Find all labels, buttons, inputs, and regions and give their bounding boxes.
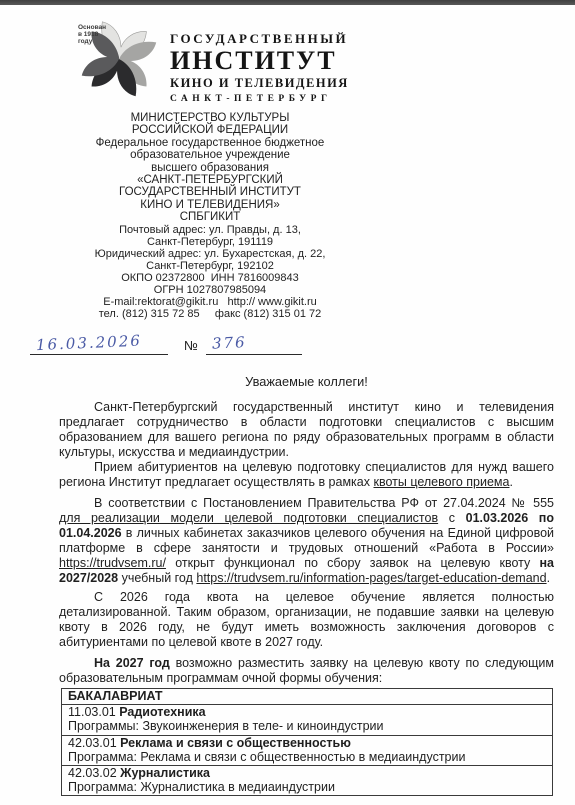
scanned-letter-page: Основан в 1918 году ГОСУДАРСТВЕННЫЙ ИНСТ… (0, 0, 575, 805)
letterhead-line: Юридический адрес: ул. Бухарестская, д. … (40, 248, 380, 260)
program-name: Радиотехника (119, 705, 205, 719)
letterhead-line: Санкт-Петербург, 192102 (40, 260, 380, 272)
date-field: 16.03.2026 (30, 334, 168, 355)
greeting-line: Уважаемые коллеги! (59, 374, 554, 390)
paragraph-quota-2026: С 2026 года квота на целевое обучение яв… (59, 590, 554, 650)
degree-level-header: БАКАЛАВРИАТ (62, 689, 553, 705)
letter-body: Уважаемые коллеги! Санкт-Петербургский г… (59, 374, 554, 796)
institute-title-line3: КИНО И ТЕЛЕВИДЕНИЯ (170, 76, 349, 90)
paragraph-admission: Прием абитуриентов на целевую подготовку… (59, 460, 554, 490)
program-row: 42.03.01 Реклама и связи с общественност… (62, 735, 553, 765)
program-detail: Программа: Реклама и связи с общественно… (68, 750, 546, 764)
program-detail: Программы: Звукоинженерия в теле- и кино… (68, 719, 546, 733)
program-title: 11.03.01 Радиотехника (68, 705, 546, 719)
institute-title-line4: САНКТ-ПЕТЕРБУРГ (170, 93, 349, 105)
handwritten-date: 16.03.2026 (30, 332, 143, 357)
scan-edge-artifact (0, 0, 575, 5)
program-code: 42.03.01 (68, 736, 117, 750)
letterhead-line: ОКПО 02372800 ИНН 7816009843 (40, 272, 380, 284)
letterhead-line: Санкт-Петербург, 191119 (40, 236, 380, 248)
logo-founded-note: Основан в 1918 году (78, 24, 106, 45)
paragraph-cooperation: Санкт-Петербургский государственный инст… (59, 400, 554, 460)
institute-title-line1: ГОСУДАРСТВЕННЫЙ (170, 31, 349, 46)
paragraph-quota-2027: На 2027 год возможно разместить заявку н… (59, 656, 554, 686)
program-title: 42.03.01 Реклама и связи с общественност… (68, 736, 546, 750)
letterhead-line: E-mail:rektorat@gikit.ru http:// www.gik… (40, 296, 380, 308)
program-row: 42.03.02 Журналистика Программа: Журнали… (62, 766, 553, 796)
program-row: 11.03.01 Радиотехника Программы: Звукоин… (62, 705, 553, 735)
number-field: 376 (206, 334, 302, 355)
letterhead-line: МИНИСТЕРСТВО КУЛЬТУРЫ (40, 112, 380, 124)
program-name: Журналистика (120, 766, 210, 780)
letterhead-line: высшего образования (40, 162, 380, 174)
program-title: 42.03.02 Журналистика (68, 766, 546, 780)
letterhead-line: РОССИЙСКОЙ ФЕДЕРАЦИИ (40, 124, 380, 136)
letterhead-line: ОГРН 1027807985094 (40, 284, 380, 296)
table-header-row: БАКАЛАВРИАТ (62, 689, 553, 705)
institute-title-block: ГОСУДАРСТВЕННЫЙ ИНСТИТУТ КИНО И ТЕЛЕВИДЕ… (170, 31, 349, 105)
letterhead-line: тел. (812) 315 72 85 факс (812) 315 01 7… (40, 308, 380, 320)
letterhead-line: ГОСУДАРСТВЕННЫЙ ИНСТИТУТ (40, 186, 380, 198)
letterhead-line: СПБГИКИТ (40, 211, 380, 223)
program-detail: Программа: Журналистика в медиаиндустрии (68, 780, 546, 794)
reference-line: 16.03.2026№376 (30, 334, 302, 360)
institute-title-line2: ИНСТИТУТ (170, 47, 349, 74)
programs-table: БАКАЛАВРИАТ 11.03.01 Радиотехника Програ… (61, 688, 553, 796)
program-code: 42.03.02 (68, 766, 117, 780)
letterhead-line: образовательное учреждение (40, 149, 380, 161)
letterhead-line: Федеральное государственное бюджетное (40, 137, 380, 149)
letterhead-line: Почтовый адрес: ул. Правды, д. 13, (40, 224, 380, 236)
number-sign-label: № (184, 338, 198, 355)
handwritten-number: 376 (206, 333, 247, 355)
letterhead-line: «САНКТ-ПЕТЕРБУРГСКИЙ (40, 174, 380, 186)
program-name: Реклама и связи с общественностью (120, 736, 351, 750)
paragraph-decree-555: В соответствии с Постановлением Правител… (59, 496, 554, 586)
program-code: 11.03.01 (68, 705, 116, 719)
letterhead-block: МИНИСТЕРСТВО КУЛЬТУРЫ РОССИЙСКОЙ ФЕДЕРАЦ… (40, 112, 380, 320)
letterhead-line: КИНО И ТЕЛЕВИДЕНИЯ» (40, 199, 380, 211)
